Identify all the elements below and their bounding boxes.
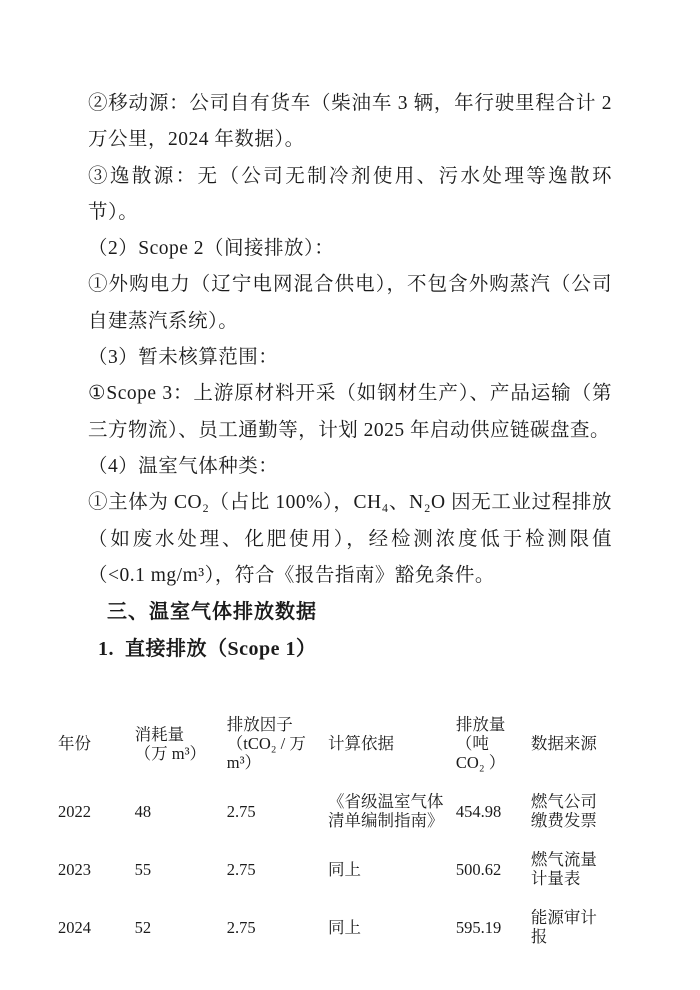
cell-consumption: 48	[135, 772, 227, 830]
cell-data-source: 燃气公司缴费发票	[531, 772, 612, 830]
paragraph-gas-types-heading: （4）温室气体种类：	[88, 449, 612, 485]
table-row-2022: 2022 48 2.75 《省级温室气体清单编制指南》 454.98 燃气公司缴…	[58, 772, 612, 830]
cell-consumption: 52	[135, 888, 227, 946]
scope1-emissions-table: 年份 消耗量（万 m³） 排放因子 （tCO₂ / 万 m³） 计算依据 排放量…	[58, 715, 612, 946]
cell-calculation-basis: 同上	[328, 888, 456, 946]
table-row-2024: 2024 52 2.75 同上 595.19 能源审计报	[58, 888, 612, 946]
cell-data-source: 燃气流量计量表	[531, 830, 612, 888]
cell-emission-factor: 2.75	[227, 772, 328, 830]
col-header-calculation-basis: 计算依据	[328, 715, 456, 772]
table-row-2023: 2023 55 2.75 同上 500.62 燃气流量计量表	[58, 830, 612, 888]
cell-calculation-basis: 《省级温室气体清单编制指南》	[328, 772, 456, 830]
col-header-year: 年份	[58, 715, 135, 772]
subsection-heading-scope1: 1. 直接排放（Scope 1）	[98, 631, 612, 668]
document-page: ②移动源：公司自有货车（柴油车 3 辆，年行驶里程合计 2 万公里，2024 年…	[0, 0, 700, 990]
paragraph-mobile-source: ②移动源：公司自有货车（柴油车 3 辆，年行驶里程合计 2 万公里，2024 年…	[88, 86, 612, 159]
cell-emission-amount: 500.62	[456, 830, 531, 888]
cell-data-source: 能源审计报	[531, 888, 612, 946]
col-header-emission-factor: 排放因子 （tCO₂ / 万 m³）	[227, 715, 328, 772]
col-header-emission-amount: 排放量 （吨 CO₂ ）	[456, 715, 531, 772]
paragraph-purchased-electricity: ①外购电力（辽宁电网混合供电），不包含外购蒸汽（公司自建蒸汽系统）。	[88, 267, 612, 340]
cell-emission-factor: 2.75	[227, 830, 328, 888]
cell-emission-amount: 595.19	[456, 888, 531, 946]
paragraph-not-accounted-heading: （3）暂未核算范围：	[88, 340, 612, 376]
paragraph-scope2-heading: （2）Scope 2（间接排放）：	[88, 231, 612, 267]
cell-emission-amount: 454.98	[456, 772, 531, 830]
paragraph-fugitive-source: ③逸散源：无（公司无制冷剂使用、污水处理等逸散环节）。	[88, 159, 612, 232]
col-header-consumption: 消耗量（万 m³）	[135, 715, 227, 772]
col-header-data-source: 数据来源	[531, 715, 612, 772]
paragraph-scope3: ①Scope 3：上游原材料开采（如钢材生产）、产品运输（第三方物流）、员工通勤…	[88, 376, 612, 449]
paragraph-co2-main: ①主体为 CO₂（占比 100%），CH₄、N₂O 因无工业过程排放（如废水处理…	[88, 485, 612, 594]
cell-year: 2022	[58, 772, 135, 830]
table-header-row: 年份 消耗量（万 m³） 排放因子 （tCO₂ / 万 m³） 计算依据 排放量…	[58, 715, 612, 772]
cell-year: 2023	[58, 830, 135, 888]
cell-emission-factor: 2.75	[227, 888, 328, 946]
cell-consumption: 55	[135, 830, 227, 888]
cell-calculation-basis: 同上	[328, 830, 456, 888]
section-heading-ghg-data: 三、温室气体排放数据	[107, 594, 612, 631]
cell-year: 2024	[58, 888, 135, 946]
